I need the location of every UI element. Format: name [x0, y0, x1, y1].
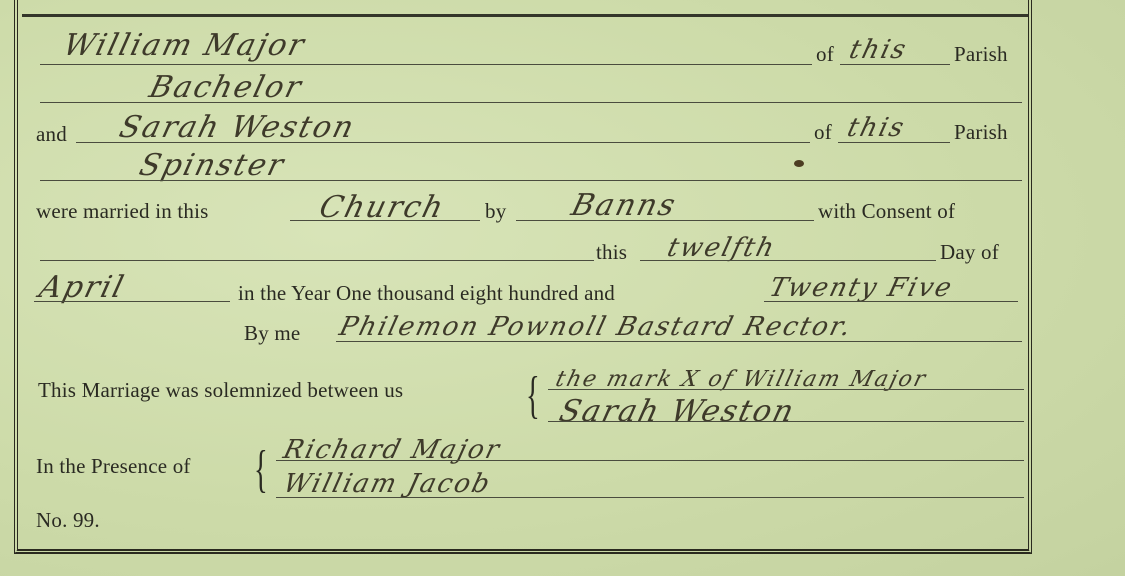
with-consent-label: with Consent of: [818, 199, 955, 223]
ceremony-method: Banns: [568, 190, 680, 222]
groom-of-label: of: [816, 42, 834, 66]
place-line: [290, 220, 480, 221]
solemnized-brace: {: [526, 370, 540, 422]
method-line: [516, 220, 814, 221]
year-line: [764, 301, 1018, 302]
bride-name: Sarah Weston: [116, 112, 358, 144]
witness-1-line: [276, 460, 1024, 461]
bride-of-label: of: [814, 120, 832, 144]
by-label: by: [485, 199, 506, 223]
witness-2-signature: William Jacob: [280, 468, 495, 500]
register-page: William Major of this Parish Bachelor an…: [0, 0, 1125, 576]
groom-condition: Bachelor: [146, 72, 306, 104]
party-1-line: [548, 389, 1024, 390]
year-label: in the Year One thousand eight hundred a…: [238, 281, 615, 305]
bride-condition: Spinster: [136, 150, 288, 182]
and-label: and: [36, 122, 67, 146]
entry-number: No. 99.: [36, 508, 100, 532]
groom-condition-line: [40, 102, 1022, 103]
married-in-this-label: were married in this: [36, 199, 209, 223]
ceremony-year: Twenty Five: [766, 272, 957, 304]
bride-name-line: [76, 142, 810, 143]
ceremony-month: April: [36, 272, 128, 304]
presence-label: In the Presence of: [36, 454, 191, 478]
groom-name-line: [40, 64, 812, 65]
party-2-signature: Sarah Weston: [556, 396, 798, 428]
day-line: [640, 260, 936, 261]
groom-name: William Major: [60, 30, 309, 62]
groom-parish-label: Parish: [954, 42, 1008, 66]
party-1-signature: the mark X of William Major: [552, 364, 930, 396]
party-2-line: [548, 421, 1024, 422]
witness-brace: {: [254, 444, 268, 496]
consent-line: [40, 260, 594, 261]
bride-parish: this: [844, 112, 909, 144]
officiant-signature: Philemon Pownoll Bastard Rector.: [336, 311, 856, 343]
this-label: this: [596, 240, 627, 264]
top-rule: [22, 14, 1028, 17]
solemnized-label: This Marriage was solemnized between us: [38, 378, 403, 402]
witness-1-signature: Richard Major: [280, 434, 504, 466]
day-of-label: Day of: [940, 240, 999, 264]
month-line: [34, 301, 230, 302]
ink-stain: [794, 160, 804, 167]
groom-parish: this: [846, 34, 911, 66]
bride-parish-line: [838, 142, 950, 143]
groom-parish-line: [840, 64, 950, 65]
by-me-label: By me: [244, 321, 300, 345]
bride-condition-line: [40, 180, 1022, 181]
officiant-line: [336, 341, 1022, 342]
witness-2-line: [276, 497, 1024, 498]
bride-parish-label: Parish: [954, 120, 1008, 144]
